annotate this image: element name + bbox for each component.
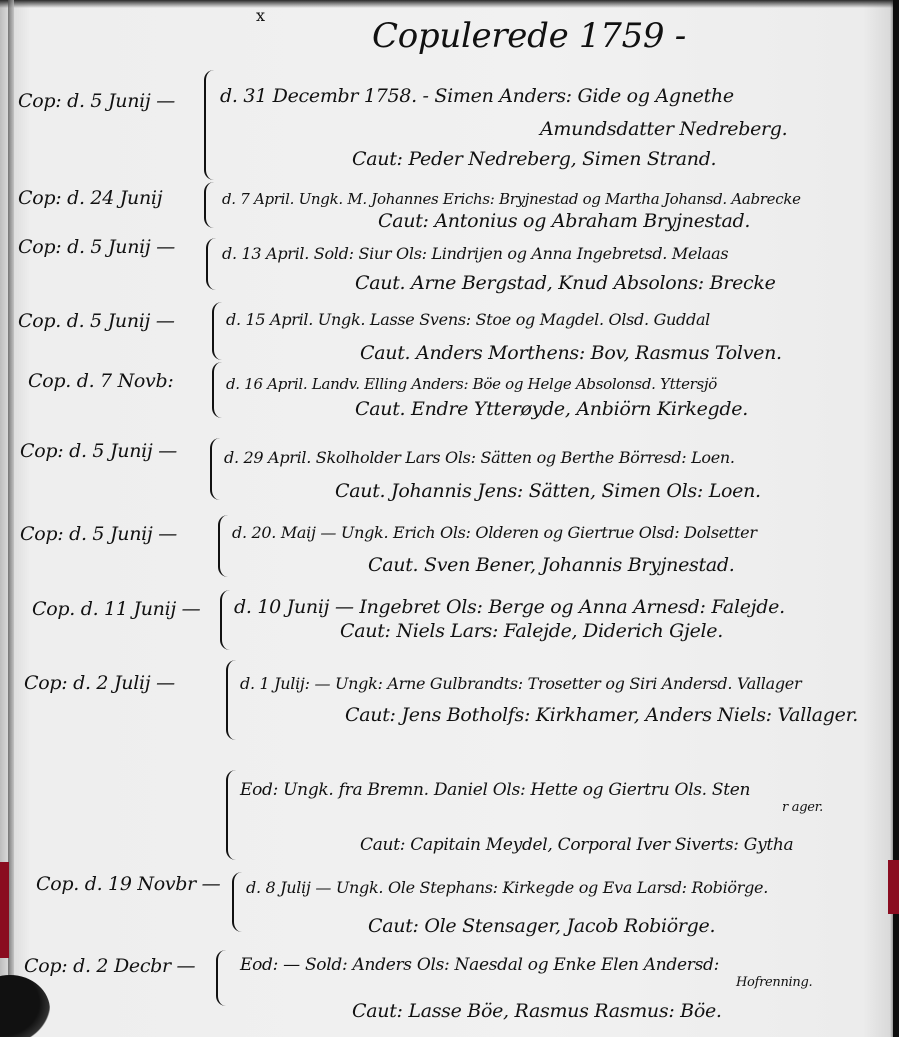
entry-line: d. 16 April. Landv. Elling Anders: Böe o… <box>226 375 717 393</box>
entry-cautioners: Caut: Antonius og Abraham Bryjnestad. <box>378 210 750 232</box>
entry-margin-date: Cop. d. 19 Novbr — <box>36 873 220 895</box>
entry-line: d. 20. Maij — Ungk. Erich Ols: Olderen o… <box>232 523 757 542</box>
entry-brace <box>212 362 222 418</box>
entry-line: d. 15 April. Ungk. Lasse Svens: Stoe og … <box>226 310 710 329</box>
entry-brace <box>218 515 228 577</box>
entry-margin-date: Cop: d. 5 Junij — <box>18 236 175 258</box>
entry-cautioners: Caut: Niels Lars: Falejde, Diderich Gjel… <box>340 620 723 642</box>
entry-brace <box>204 70 216 180</box>
entry-line: d. 10 Junij — Ingebret Ols: Berge og Ann… <box>234 596 785 618</box>
entry-line: Eod: Ungk. fra Bremn. Daniel Ols: Hette … <box>240 780 750 800</box>
entry-brace <box>216 950 226 1006</box>
red-edge-marker-right <box>888 860 899 914</box>
entry-line: d. 31 Decembr 1758. - Simen Anders: Gide… <box>220 85 734 107</box>
entry-brace <box>226 660 236 740</box>
entry-brace <box>226 770 238 860</box>
page-title: Copulerede 1759 - <box>372 16 686 56</box>
entry-cautioners: Caut. Sven Bener, Johannis Bryjnestad. <box>368 554 734 576</box>
entry-brace <box>232 872 242 932</box>
entry-line: Eod: — Sold: Anders Ols: Naesdal og Enke… <box>240 955 719 975</box>
entry-cautioners: Caut: Lasse Böe, Rasmus Rasmus: Böe. <box>352 1000 722 1022</box>
entry-margin-date: Cop: d. 2 Decbr — <box>24 955 195 977</box>
entry-cautioners: Caut. Johannis Jens: Sätten, Simen Ols: … <box>335 480 761 502</box>
entry-brace <box>212 302 222 360</box>
entry-cautioners: Caut. Anders Morthens: Bov, Rasmus Tolve… <box>360 342 782 364</box>
register-page: x Copulerede 1759 - Cop: d. 5 Junij — d.… <box>0 0 899 1037</box>
entry-brace <box>210 438 220 500</box>
entry-margin-date: Cop: d. 5 Junij — <box>20 523 177 545</box>
red-edge-marker-left <box>0 862 9 958</box>
page-top-shadow <box>0 0 899 8</box>
entry-brace <box>220 590 230 650</box>
entry-margin-date: Cop. d. 5 Junij — <box>18 310 175 332</box>
entry-margin-date: Cop: d. 5 Junij — <box>18 90 175 112</box>
entry-line: Amundsdatter Nedreberg. <box>540 118 787 140</box>
entry-brace <box>206 238 216 290</box>
entry-brace <box>204 182 214 228</box>
entry-line: d. 1 Julij: — Ungk: Arne Gulbrandts: Tro… <box>240 674 801 693</box>
entry-line: d. 8 Julij — Ungk. Ole Stephans: Kirkegd… <box>246 878 768 897</box>
entry-line-continuation: r ager. <box>782 800 823 815</box>
entry-line: d. 7 April. Ungk. M. Johannes Erichs: Br… <box>222 190 801 208</box>
entry-margin-date: Cop: d. 24 Junij <box>18 187 162 209</box>
entry-margin-date: Cop. d. 11 Junij — <box>32 598 200 620</box>
entry-cautioners: Caut: Jens Botholfs: Kirkhamer, Anders N… <box>345 704 858 726</box>
entry-margin-date: Cop. d. 7 Novb: <box>28 370 173 392</box>
entry-cautioners: Caut. Arne Bergstad, Knud Absolons: Brec… <box>355 272 776 294</box>
entry-line: d. 13 April. Sold: Siur Ols: Lindrijen o… <box>222 244 728 263</box>
entry-margin-date: Cop: d. 5 Junij — <box>20 440 177 462</box>
entry-cautioners: Caut: Capitain Meydel, Corporal Iver Siv… <box>360 835 793 855</box>
entry-cautioners: Caut: Ole Stensager, Jacob Robiörge. <box>368 915 715 937</box>
entry-line: d. 29 April. Skolholder Lars Ols: Sätten… <box>224 448 735 467</box>
entry-cautioners: Caut: Peder Nedreberg, Simen Strand. <box>352 148 716 170</box>
corner-ink-blot <box>0 975 50 1037</box>
corner-mark: x <box>256 6 265 25</box>
entry-margin-date: Cop: d. 2 Julij — <box>24 672 175 694</box>
entry-line-continuation: Hofrenning. <box>736 975 812 990</box>
entry-cautioners: Caut. Endre Ytterøyde, Anbiörn Kirkegde. <box>355 398 748 420</box>
